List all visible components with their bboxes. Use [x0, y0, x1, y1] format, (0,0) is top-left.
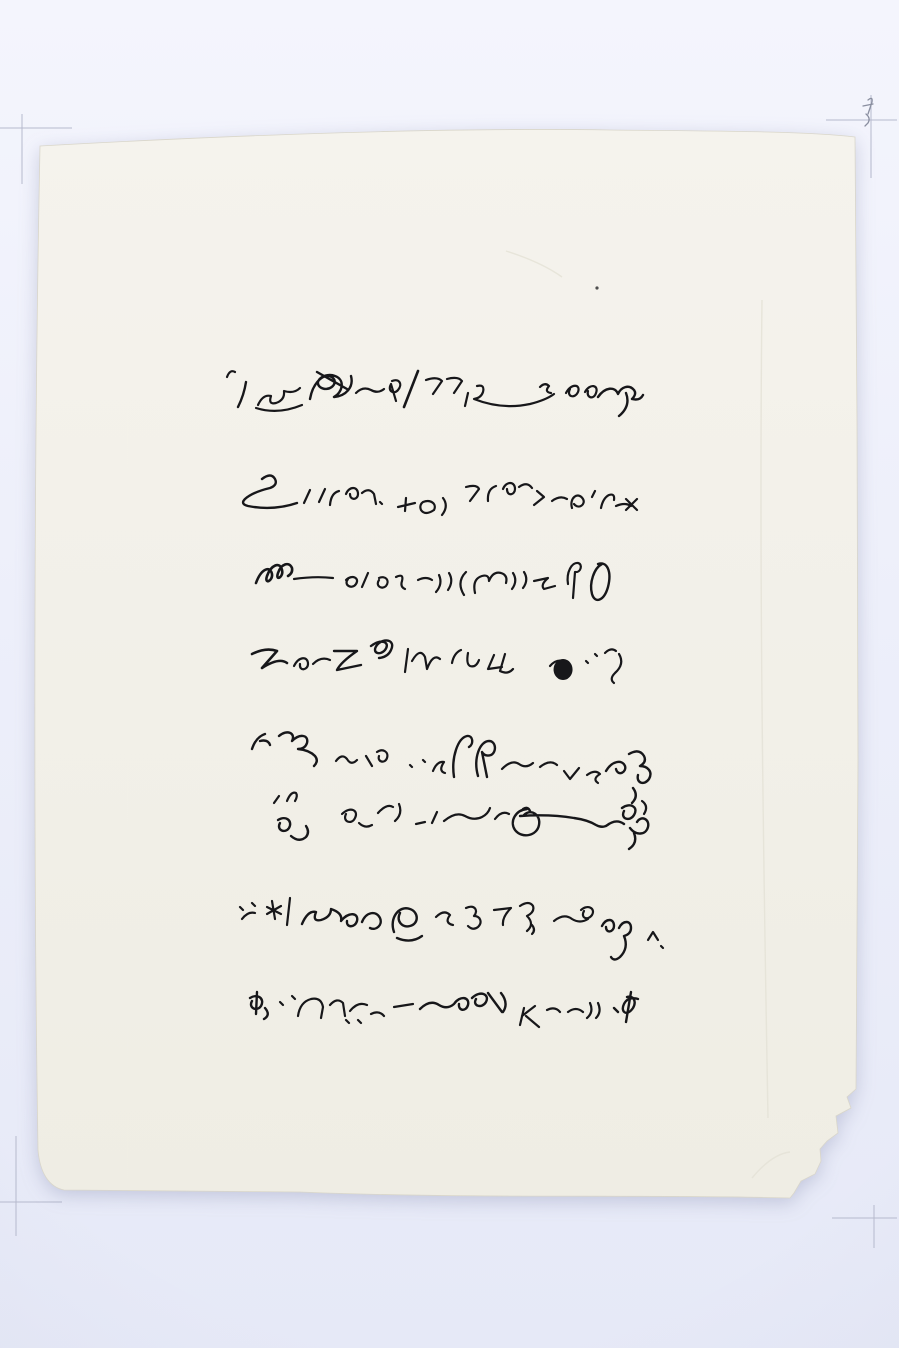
pencil-stroke — [868, 98, 872, 114]
photographed-manuscript — [0, 0, 899, 1348]
manuscript-photo-svg — [0, 0, 899, 1348]
paper-sheet — [35, 129, 858, 1198]
ink-blot — [554, 659, 573, 680]
paper-speck — [595, 286, 598, 289]
